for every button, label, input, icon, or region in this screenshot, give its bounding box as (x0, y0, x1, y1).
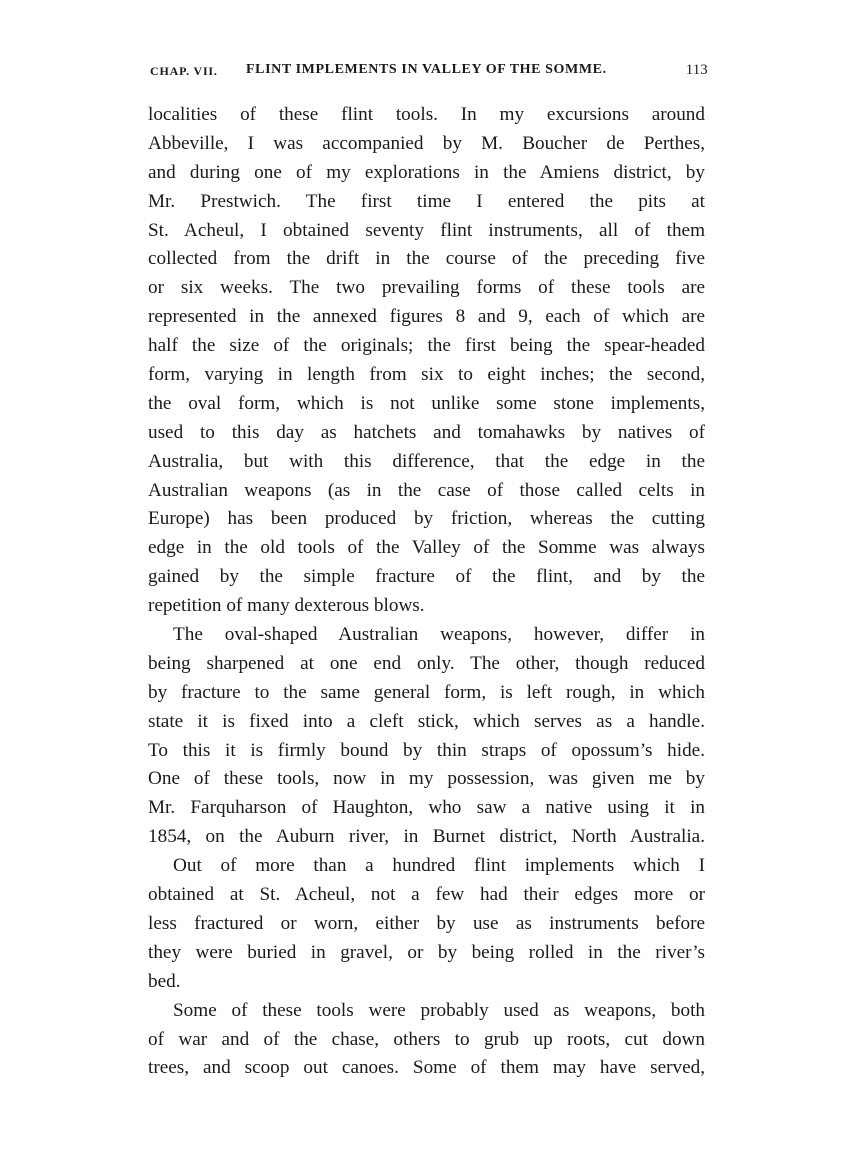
text-line: the oval form, which is not unlike some … (148, 390, 705, 419)
text-line: gained by the simple fracture of the fli… (148, 563, 705, 592)
page-number: 113 (686, 62, 708, 79)
text-line: represented in the annexed figures 8 and… (148, 303, 705, 332)
text-line: Out of more than a hundred flint impleme… (148, 852, 705, 881)
chapter-label: CHAP. VII. (150, 64, 218, 79)
text-line: collected from the drift in the course o… (148, 245, 705, 274)
text-line: To this it is firmly bound by thin strap… (148, 737, 705, 766)
text-line: Mr. Prestwich. The first time I entered … (148, 188, 705, 217)
text-line: being sharpened at one end only. The oth… (148, 650, 705, 679)
text-line: state it is fixed into a cleft stick, wh… (148, 708, 705, 737)
text-line: obtained at St. Acheul, not a few had th… (148, 881, 705, 910)
text-line: form, varying in length from six to eigh… (148, 361, 705, 390)
text-line: of war and of the chase, others to grub … (148, 1026, 705, 1055)
text-line: Australia, but with this difference, tha… (148, 448, 705, 477)
text-line: by fracture to the same general form, is… (148, 679, 705, 708)
text-line: repetition of many dexterous blows. (148, 592, 705, 621)
text-line: Some of these tools were probably used a… (148, 997, 705, 1026)
text-line: they were buried in gravel, or by being … (148, 939, 705, 968)
text-line: The oval-shaped Australian weapons, howe… (148, 621, 705, 650)
running-title: FLINT IMPLEMENTS IN VALLEY OF THE SOMME. (246, 62, 607, 78)
text-line: Australian weapons (as in the case of th… (148, 477, 705, 506)
text-line: Mr. Farquharson of Haughton, who saw a n… (148, 794, 705, 823)
book-page: CHAP. VII. FLINT IMPLEMENTS IN VALLEY OF… (0, 0, 850, 1150)
running-head: CHAP. VII. FLINT IMPLEMENTS IN VALLEY OF… (148, 62, 708, 84)
text-line: half the size of the originals; the firs… (148, 332, 705, 361)
body-text: localities of these flint tools. In my e… (148, 101, 705, 1083)
text-line: or six weeks. The two prevailing forms o… (148, 274, 705, 303)
text-line: edge in the old tools of the Valley of t… (148, 534, 705, 563)
text-line: trees, and scoop out canoes. Some of the… (148, 1054, 705, 1083)
text-line: less fractured or worn, either by use as… (148, 910, 705, 939)
text-line: 1854, on the Auburn river, in Burnet dis… (148, 823, 705, 852)
text-line: Europe) has been produced by friction, w… (148, 505, 705, 534)
text-line: One of these tools, now in my possession… (148, 765, 705, 794)
text-line: used to this day as hatchets and tomahaw… (148, 419, 705, 448)
text-line: bed. (148, 968, 705, 997)
text-line: Abbeville, I was accompanied by M. Bouch… (148, 130, 705, 159)
text-line: and during one of my explorations in the… (148, 159, 705, 188)
text-line: St. Acheul, I obtained seventy flint ins… (148, 217, 705, 246)
text-line: localities of these flint tools. In my e… (148, 101, 705, 130)
